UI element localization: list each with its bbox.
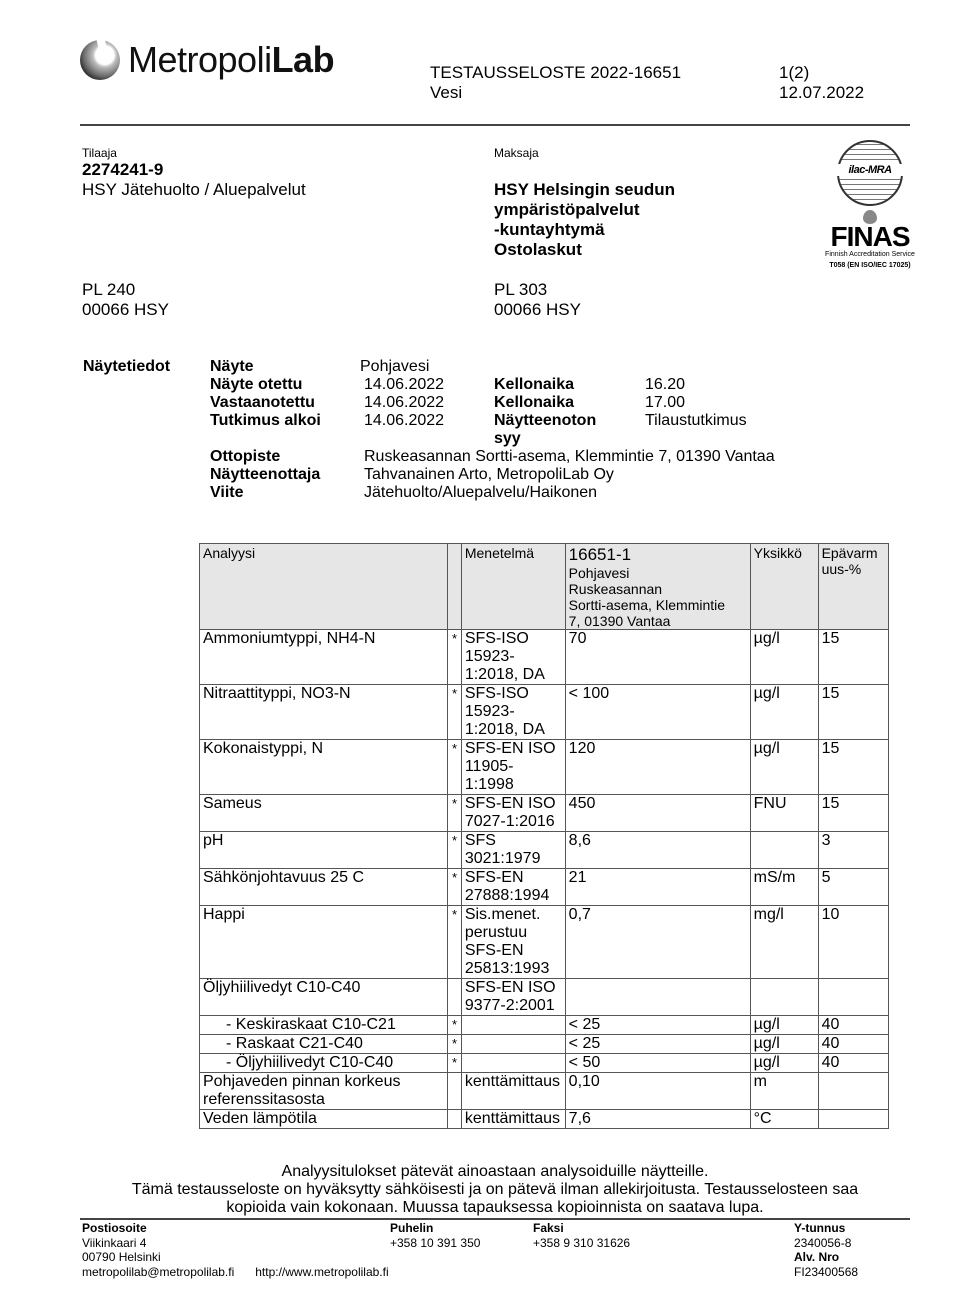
cell-unit: µg/l <box>750 685 818 740</box>
cell-unit <box>750 979 818 1016</box>
cell-uncertainty <box>818 979 888 1016</box>
cell-method: SFS-EN 27888:1994 <box>461 869 565 906</box>
cell-value <box>565 979 750 1016</box>
table-row: Pohjaveden pinnan korkeus referenssitaso… <box>200 1073 889 1110</box>
payer-address: PL 303 00066 HSY <box>494 280 581 320</box>
finas-logo: FINAS <box>818 224 922 250</box>
table-row: Happi*Sis.menet. perustuu SFS-EN 25813:1… <box>200 906 889 979</box>
cell-method: SFS-EN ISO 7027-1:2016 <box>461 795 565 832</box>
report-date: 12.07.2022 <box>779 83 864 103</box>
orderer-address-line1: PL 240 <box>82 280 169 300</box>
footer-divider <box>80 1218 910 1220</box>
table-row: Kokonaistyppi, N*SFS-EN ISO 11905-1:1998… <box>200 740 889 795</box>
cell-uncertainty: 15 <box>818 795 888 832</box>
note-electronic: Tämä testausseloste on hyväksytty sähköi… <box>80 1181 910 1217</box>
cell-analysis: - Raskaat C21-C40 <box>200 1035 448 1054</box>
cell-analysis: Ammoniumtyppi, NH4-N <box>200 630 448 685</box>
cell-value: 0,10 <box>565 1073 750 1110</box>
cell-method <box>461 1035 565 1054</box>
table-row: Ammoniumtyppi, NH4-N*SFS-ISO 15923-1:201… <box>200 630 889 685</box>
report-subtitle: Vesi <box>430 83 681 103</box>
cell-accredited-mark: * <box>448 832 462 869</box>
sample-dates: 14.06.2022 14.06.2022 14.06.2022 <box>364 376 444 430</box>
results-table-header: Analyysi Menetelmä 16651-1 Pohjavesi Rus… <box>200 544 889 630</box>
footer-website-link[interactable]: http://www.metropolilab.fi <box>255 1265 388 1279</box>
sample-value: Pohjavesi <box>360 358 429 376</box>
cell-analysis: Sähkönjohtavuus 25 C <box>200 869 448 906</box>
cell-accredited-mark <box>448 979 462 1016</box>
payer-label: Maksaja <box>494 146 675 160</box>
orderer-label: Tilaaja <box>82 146 306 160</box>
report-meta: 1(2) 12.07.2022 <box>779 63 864 103</box>
cell-accredited-mark <box>448 1110 462 1129</box>
cell-accredited-mark: * <box>448 1035 462 1054</box>
cell-uncertainty: 40 <box>818 1016 888 1035</box>
cell-uncertainty: 10 <box>818 906 888 979</box>
table-row: Öljyhiilivedyt C10-C40SFS-EN ISO 9377-2:… <box>200 979 889 1016</box>
table-row: - Öljyhiilivedyt C10-C40*< 50µg/l40 <box>200 1054 889 1073</box>
footer-company-ids: Y-tunnus 2340056-8 Alv. Nro FI23400568 <box>794 1221 858 1279</box>
cell-unit: µg/l <box>750 1054 818 1073</box>
header-analysis: Analyysi <box>200 544 448 630</box>
orderer-address: PL 240 00066 HSY <box>82 280 169 320</box>
cell-method: SFS-ISO 15923-1:2018, DA <box>461 630 565 685</box>
footer-fax: Faksi +358 9 310 31626 <box>533 1221 630 1250</box>
cell-uncertainty: 15 <box>818 685 888 740</box>
footer-phone: Puhelin +358 10 391 350 <box>390 1221 480 1250</box>
logo-text: MetropoliLab <box>128 39 334 81</box>
cell-value: 120 <box>565 740 750 795</box>
accreditation-logos: ilac-MRA FINAS Finnish Accreditation Ser… <box>818 140 922 271</box>
cell-analysis: Happi <box>200 906 448 979</box>
cell-method: SFS 3021:1979 <box>461 832 565 869</box>
cell-value: < 50 <box>565 1054 750 1073</box>
cell-unit: µg/l <box>750 630 818 685</box>
cell-unit: µg/l <box>750 1035 818 1054</box>
finas-code: T058 (EN ISO/IEC 17025) <box>818 261 922 271</box>
table-row: Sameus*SFS-EN ISO 7027-1:2016450FNU15 <box>200 795 889 832</box>
cell-value: 0,7 <box>565 906 750 979</box>
sample-info-heading: Näytetiedot <box>83 358 170 376</box>
results-table: Analyysi Menetelmä 16651-1 Pohjavesi Rus… <box>199 543 889 1129</box>
report-header: TESTAUSSELOSTE 2022-16651 Vesi <box>430 63 681 103</box>
orderer-name: HSY Jätehuolto / Aluepalvelut <box>82 180 306 200</box>
table-row: - Raskaat C21-C40*< 25µg/l40 <box>200 1035 889 1054</box>
cell-method: Sis.menet. perustuu SFS-EN 25813:1993 <box>461 906 565 979</box>
orderer-block: Tilaaja 2274241-9 HSY Jätehuolto / Aluep… <box>82 146 306 200</box>
cell-analysis: Nitraattityppi, NO3-N <box>200 685 448 740</box>
cell-accredited-mark: * <box>448 1016 462 1035</box>
header-accredited <box>448 544 462 630</box>
sample-time-values: 16.20 17.00 Tilaustutkimus <box>645 376 747 430</box>
cell-unit: mg/l <box>750 906 818 979</box>
footer-postal: Postiosoite Viikinkaari 4 00790 Helsinki… <box>82 1221 389 1279</box>
orderer-id: 2274241-9 <box>82 160 306 180</box>
cell-accredited-mark: * <box>448 869 462 906</box>
cell-unit: FNU <box>750 795 818 832</box>
payer-address-line1: PL 303 <box>494 280 581 300</box>
table-row: Nitraattityppi, NO3-N*SFS-ISO 15923-1:20… <box>200 685 889 740</box>
payer-address-line2: 00066 HSY <box>494 300 581 320</box>
sample-info-labels: Näyte Näyte otettu Vastaanotettu Tutkimu… <box>210 358 321 502</box>
header-uncertainty: Epävarm uus-% <box>818 544 888 630</box>
cell-value: 70 <box>565 630 750 685</box>
header-unit: Yksikkö <box>750 544 818 630</box>
results-table-body: Ammoniumtyppi, NH4-N*SFS-ISO 15923-1:201… <box>200 630 889 1129</box>
cell-value: < 100 <box>565 685 750 740</box>
finas-subtitle: Finnish Accreditation Service <box>818 250 922 259</box>
table-row: - Keskiraskaat C10-C21*< 25µg/l40 <box>200 1016 889 1035</box>
table-row: Veden lämpötilakenttämittaus7,6°C <box>200 1110 889 1129</box>
cell-method: kenttämittaus <box>461 1073 565 1110</box>
cell-method: SFS-EN ISO 9377-2:2001 <box>461 979 565 1016</box>
cell-accredited-mark <box>448 1073 462 1110</box>
cell-uncertainty: 15 <box>818 630 888 685</box>
cell-uncertainty: 40 <box>818 1035 888 1054</box>
cell-analysis: pH <box>200 832 448 869</box>
cell-accredited-mark: * <box>448 1054 462 1073</box>
footer-email-link[interactable]: metropolilab@metropolilab.fi <box>82 1265 234 1279</box>
cell-method: SFS-EN ISO 11905-1:1998 <box>461 740 565 795</box>
cell-uncertainty: 5 <box>818 869 888 906</box>
cell-analysis: Sameus <box>200 795 448 832</box>
cell-value: 8,6 <box>565 832 750 869</box>
report-notes: Analyysitulokset pätevät ainoastaan anal… <box>80 1163 910 1217</box>
metropolilab-logo-icon <box>80 40 120 80</box>
table-row: pH*SFS 3021:19798,63 <box>200 832 889 869</box>
cell-value: 7,6 <box>565 1110 750 1129</box>
table-row: Sähkönjohtavuus 25 C*SFS-EN 27888:199421… <box>200 869 889 906</box>
cell-unit: m <box>750 1073 818 1110</box>
cell-unit: µg/l <box>750 740 818 795</box>
ilac-mra-logo-icon: ilac-MRA <box>837 140 903 206</box>
cell-value: < 25 <box>565 1016 750 1035</box>
cell-method <box>461 1016 565 1035</box>
cell-uncertainty: 40 <box>818 1054 888 1073</box>
cell-unit: mS/m <box>750 869 818 906</box>
cell-analysis: - Keskiraskaat C10-C21 <box>200 1016 448 1035</box>
cell-uncertainty: 3 <box>818 832 888 869</box>
cell-method: kenttämittaus <box>461 1110 565 1129</box>
cell-uncertainty: 15 <box>818 740 888 795</box>
cell-method <box>461 1054 565 1073</box>
cell-analysis: - Öljyhiilivedyt C10-C40 <box>200 1054 448 1073</box>
sample-location-values: Ruskeasannan Sortti-asema, Klemmintie 7,… <box>364 448 775 502</box>
header-method: Menetelmä <box>461 544 565 630</box>
cell-value: 21 <box>565 869 750 906</box>
cell-accredited-mark: * <box>448 630 462 685</box>
cell-accredited-mark: * <box>448 906 462 979</box>
cell-value: 450 <box>565 795 750 832</box>
cell-analysis: Veden lämpötila <box>200 1110 448 1129</box>
header-divider <box>80 124 910 126</box>
payer-block: Maksaja HSY Helsingin seudun ympäristöpa… <box>494 146 675 260</box>
cell-uncertainty <box>818 1110 888 1129</box>
orderer-address-line2: 00066 HSY <box>82 300 169 320</box>
metropolilab-logo: MetropoliLab <box>80 38 334 82</box>
note-validity: Analyysitulokset pätevät ainoastaan anal… <box>80 1163 910 1181</box>
cell-analysis: Öljyhiilivedyt C10-C40 <box>200 979 448 1016</box>
header-sample: 16651-1 Pohjavesi Ruskeasannan Sortti-as… <box>565 544 750 630</box>
cell-unit <box>750 832 818 869</box>
sample-time-labels: Kellonaika Kellonaika Näytteenoton syy <box>494 376 596 448</box>
cell-unit: °C <box>750 1110 818 1129</box>
payer-name: HSY Helsingin seudun ympäristöpalvelut -… <box>494 180 675 260</box>
page-number: 1(2) <box>779 63 864 83</box>
report-title: TESTAUSSELOSTE 2022-16651 <box>430 63 681 83</box>
cell-unit: µg/l <box>750 1016 818 1035</box>
cell-accredited-mark: * <box>448 740 462 795</box>
cell-value: < 25 <box>565 1035 750 1054</box>
cell-accredited-mark: * <box>448 685 462 740</box>
cell-analysis: Kokonaistyppi, N <box>200 740 448 795</box>
cell-method: SFS-ISO 15923-1:2018, DA <box>461 685 565 740</box>
cell-analysis: Pohjaveden pinnan korkeus referenssitaso… <box>200 1073 448 1110</box>
cell-uncertainty <box>818 1073 888 1110</box>
cell-accredited-mark: * <box>448 795 462 832</box>
